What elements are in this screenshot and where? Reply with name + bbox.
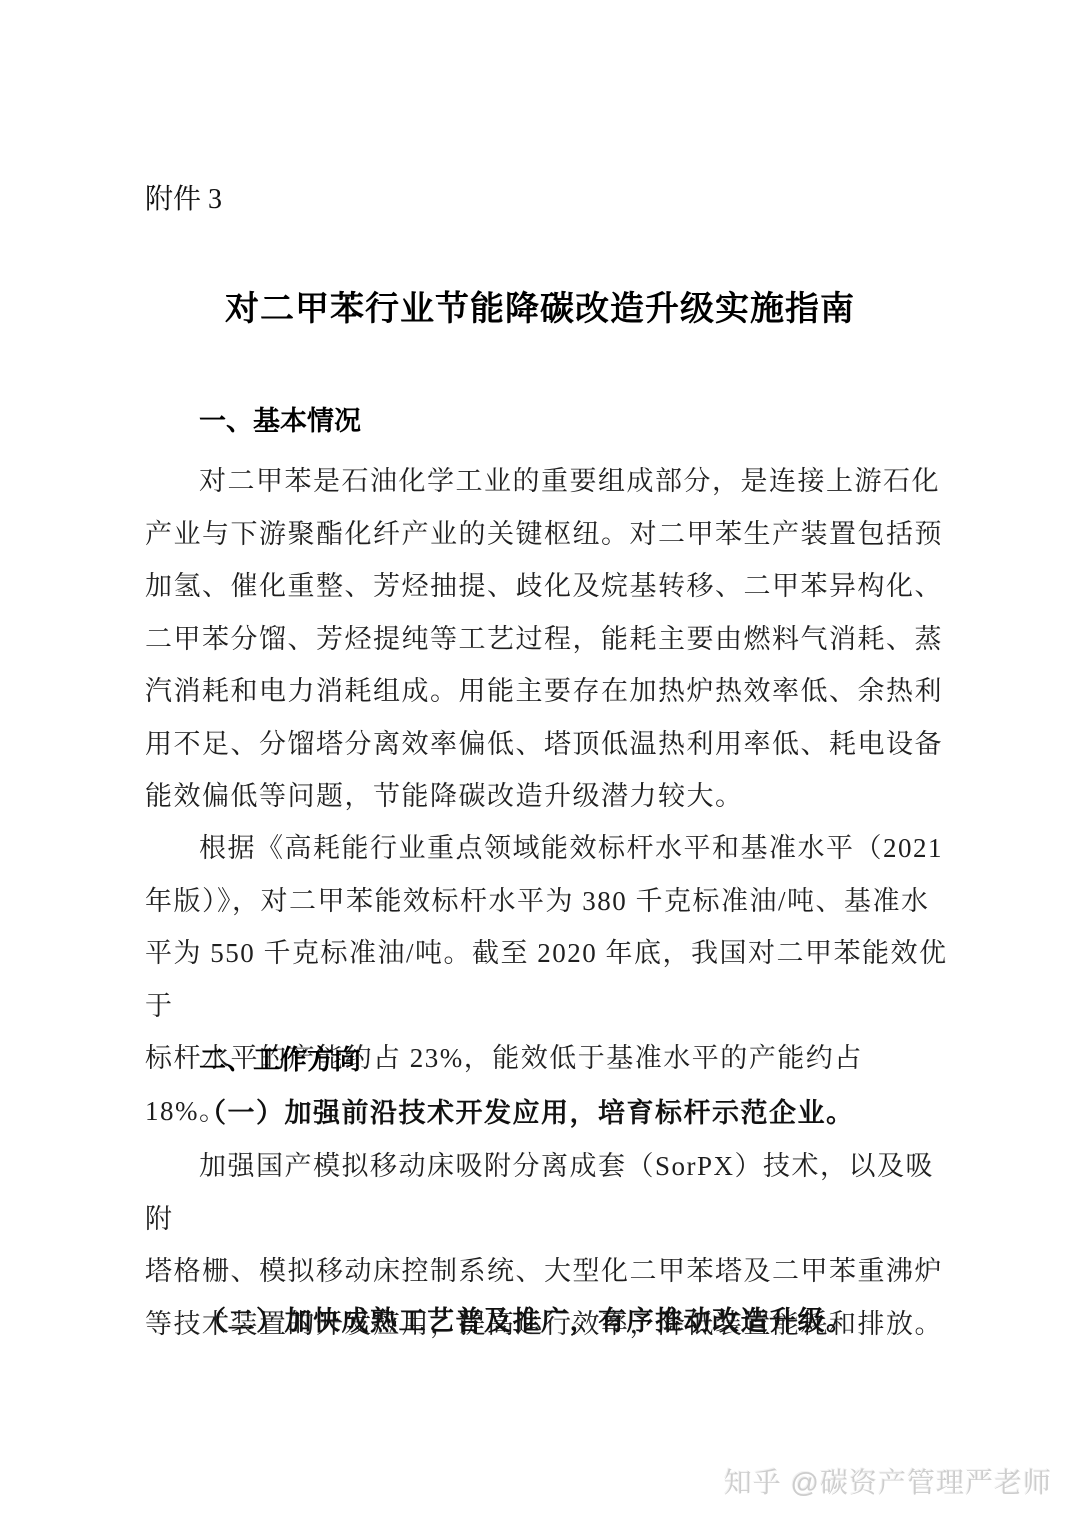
section-heading-work-direction: 二、工作方向 [145,1043,950,1077]
document-page: 附件 3 对二甲苯行业节能降碳改造升级实施指南 一、基本情况 对二甲苯是石油化学… [0,0,1080,1527]
subitem-2-heading: （二）加快成熟工艺普及推广，有序推动改造升级。 [145,1295,950,1348]
section-heading-basic-situation: 一、基本情况 [145,404,950,438]
document-title: 对二甲苯行业节能降碳改造升级实施指南 [0,289,1080,329]
subitem-1-heading: （一）加强前沿技术开发应用，培育标杆示范企业。 [145,1087,950,1140]
attachment-label: 附件 3 [145,184,222,216]
paragraph-industry-overview: 对二甲苯是石油化学工业的重要组成部分，是连接上游石化 产业与下游聚酯化纤产业的关… [145,455,950,823]
watermark-text: 知乎 @碳资产管理严老师 [724,1461,1052,1501]
